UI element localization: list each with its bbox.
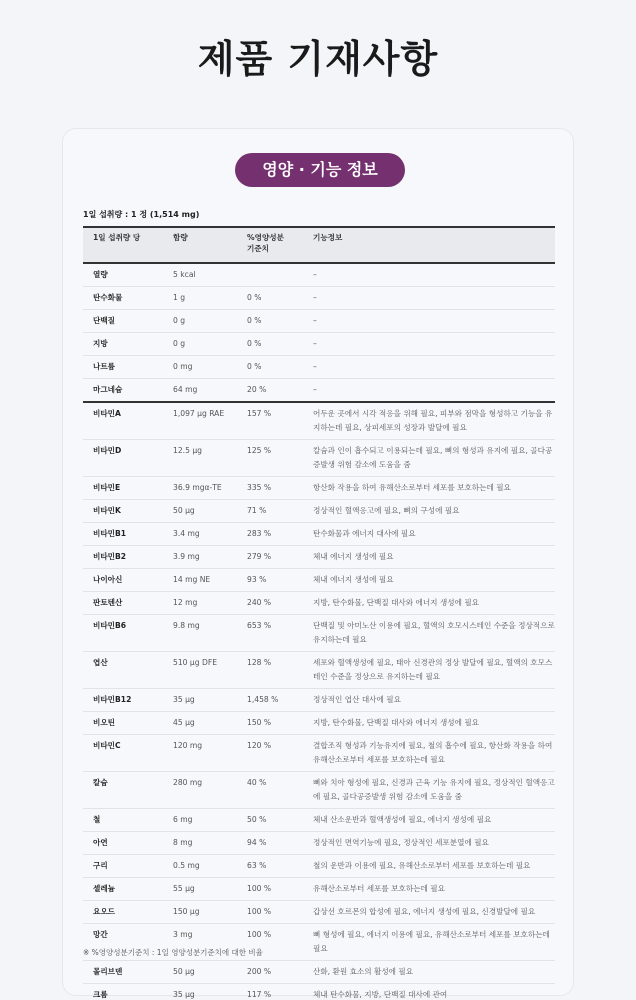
nutrient-daily-value: 335 % [237, 477, 303, 500]
page-title: 제품 기재사항 [0, 28, 636, 83]
nutrient-function-info: 정상적인 면역기능에 필요, 정상적인 세포분열에 필요 [303, 832, 555, 855]
nutrient-amount: 0 g [163, 333, 237, 356]
nutrient-function-info: 정상적인 엽산 대사에 필요 [303, 689, 555, 712]
nutrient-daily-value: 0 % [237, 287, 303, 310]
nutrient-function-info: 결합조직 형성과 기능유지에 필요, 철의 흡수에 필요, 항산화 작용을 하여… [303, 735, 555, 772]
nutrient-name: 비타민C [83, 735, 163, 772]
nutrient-amount: 12 mg [163, 592, 237, 615]
nutrition-table: 1일 섭취량 당 함량 %영양성분 기준치 기능정보 열량5 kcal–탄수화물… [83, 226, 555, 1000]
nutrient-daily-value: 150 % [237, 712, 303, 735]
nutrient-name: 비타민A [83, 402, 163, 440]
nutrient-name: 아연 [83, 832, 163, 855]
table-row: 비타민B13.4 mg283 %탄수화물과 에너지 대사에 필요 [83, 523, 555, 546]
nutrient-daily-value: 200 % [237, 961, 303, 984]
nutrient-function-info: 체내 에너지 생성에 필요 [303, 569, 555, 592]
nutrient-function-info: 체내 탄수화물, 지방, 단백질 대사에 관여 [303, 984, 555, 1000]
table-row: 열량5 kcal– [83, 263, 555, 287]
nutrient-function-info: 체내 에너지 생성에 필요 [303, 546, 555, 569]
nutrient-amount: 50 μg [163, 500, 237, 523]
nutrient-name: 나트륨 [83, 356, 163, 379]
nutrient-name: 칼슘 [83, 772, 163, 809]
nutrient-amount: 120 mg [163, 735, 237, 772]
nutrient-function-info: 단백질 및 아미노산 이용에 필요, 혈액의 호모시스테인 수준을 정상적으로 … [303, 615, 555, 652]
nutrient-daily-value: 0 % [237, 310, 303, 333]
nutrient-daily-value: 100 % [237, 901, 303, 924]
table-row: 단백질0 g0 %– [83, 310, 555, 333]
table-row: 칼슘280 mg40 %뼈와 치아 형성에 필요, 신경과 근육 기능 유지에 … [83, 772, 555, 809]
header-per-serving: 1일 섭취량 당 [83, 227, 163, 263]
nutrient-function-info: 철의 운반과 이용에 필요, 유해산소로부터 세포를 보호하는데 필요 [303, 855, 555, 878]
nutrient-daily-value: 283 % [237, 523, 303, 546]
nutrient-function-info: – [303, 333, 555, 356]
nutrient-function-info: 지방, 탄수화물, 단백질 대사와 에너지 생성에 필요 [303, 592, 555, 615]
table-row: 비타민E36.9 mgα-TE335 %항산화 작용을 하여 유해산소로부터 세… [83, 477, 555, 500]
nutrient-function-info: 뼈와 치아 형성에 필요, 신경과 근육 기능 유지에 필요, 정상적인 혈액응… [303, 772, 555, 809]
nutrient-name: 지방 [83, 333, 163, 356]
nutrient-daily-value: 653 % [237, 615, 303, 652]
table-row: 셀레늄55 μg100 %유해산소로부터 세포를 보호하는데 필요 [83, 878, 555, 901]
nutrient-name: 엽산 [83, 652, 163, 689]
table-row: 나트륨0 mg0 %– [83, 356, 555, 379]
nutrient-name: 셀레늄 [83, 878, 163, 901]
nutrient-amount: 5 kcal [163, 263, 237, 287]
nutrient-name: 구리 [83, 855, 163, 878]
header-amount: 함량 [163, 227, 237, 263]
nutrient-daily-value: 125 % [237, 440, 303, 477]
nutrient-amount: 36.9 mgα-TE [163, 477, 237, 500]
nutrient-amount: 1 g [163, 287, 237, 310]
nutrient-name: 철 [83, 809, 163, 832]
nutrient-name: 요오드 [83, 901, 163, 924]
nutrient-amount: 14 mg NE [163, 569, 237, 592]
nutrient-function-info: 탄수화물과 에너지 대사에 필요 [303, 523, 555, 546]
nutrient-name: 마그네슘 [83, 379, 163, 403]
table-row: 비타민A1,097 μg RAE157 %어두운 곳에서 시각 적응을 위해 필… [83, 402, 555, 440]
nutrient-amount: 1,097 μg RAE [163, 402, 237, 440]
nutrient-daily-value: 0 % [237, 333, 303, 356]
table-row: 몰리브덴50 μg200 %산화, 환원 효소의 활성에 필요 [83, 961, 555, 984]
nutrient-name: 비오틴 [83, 712, 163, 735]
nutrient-daily-value: 157 % [237, 402, 303, 440]
nutrient-amount: 8 mg [163, 832, 237, 855]
header-function-info: 기능정보 [303, 227, 555, 263]
nutrient-amount: 150 μg [163, 901, 237, 924]
nutrient-name: 비타민B6 [83, 615, 163, 652]
nutrient-name: 탄수화물 [83, 287, 163, 310]
nutrient-function-info: – [303, 379, 555, 403]
nutrient-daily-value: 93 % [237, 569, 303, 592]
nutrient-function-info: – [303, 356, 555, 379]
nutrient-amount: 510 μg DFE [163, 652, 237, 689]
nutrient-amount: 3.9 mg [163, 546, 237, 569]
table-row: 지방0 g0 %– [83, 333, 555, 356]
nutrient-function-info: 체내 산소운반과 혈액생성에 필요, 에너지 생성에 필요 [303, 809, 555, 832]
nutrient-daily-value: 1,458 % [237, 689, 303, 712]
nutrient-amount: 6 mg [163, 809, 237, 832]
nutrient-amount: 0 mg [163, 356, 237, 379]
nutrient-amount: 0 g [163, 310, 237, 333]
nutrient-function-info: 어두운 곳에서 시각 적응을 위해 필요, 피부와 점막을 형성하고 기능을 유… [303, 402, 555, 440]
table-row: 판토텐산12 mg240 %지방, 탄수화물, 단백질 대사와 에너지 생성에 … [83, 592, 555, 615]
nutrient-daily-value: 117 % [237, 984, 303, 1000]
table-header-row: 1일 섭취량 당 함량 %영양성분 기준치 기능정보 [83, 227, 555, 263]
nutrient-amount: 12.5 μg [163, 440, 237, 477]
nutrient-function-info: 갑상선 호르몬의 합성에 필요, 에너지 생성에 필요, 신경발달에 필요 [303, 901, 555, 924]
table-row: 탄수화물1 g0 %– [83, 287, 555, 310]
nutrient-function-info: 칼슘과 인이 흡수되고 이용되는데 필요, 뼈의 형성과 유지에 필요, 골다공… [303, 440, 555, 477]
nutrient-name: 비타민D [83, 440, 163, 477]
nutrient-name: 나이아신 [83, 569, 163, 592]
table-row: 비타민C120 mg120 %결합조직 형성과 기능유지에 필요, 철의 흡수에… [83, 735, 555, 772]
nutrient-amount: 55 μg [163, 878, 237, 901]
nutrient-daily-value: 94 % [237, 832, 303, 855]
nutrient-daily-value [237, 263, 303, 287]
nutrient-function-info: – [303, 310, 555, 333]
table-row: 비타민K50 μg71 %정상적인 혈액응고에 필요, 뼈의 구성에 필요 [83, 500, 555, 523]
nutrient-daily-value: 50 % [237, 809, 303, 832]
nutrient-daily-value: 120 % [237, 735, 303, 772]
nutrient-function-info: 세포와 혈액생성에 필요, 태아 신경관의 정상 발달에 필요, 혈액의 호모스… [303, 652, 555, 689]
nutrient-name: 판토텐산 [83, 592, 163, 615]
table-row: 요오드150 μg100 %갑상선 호르몬의 합성에 필요, 에너지 생성에 필… [83, 901, 555, 924]
nutrient-name: 열량 [83, 263, 163, 287]
table-row: 나이아신14 mg NE93 %체내 에너지 생성에 필요 [83, 569, 555, 592]
table-row: 아연8 mg94 %정상적인 면역기능에 필요, 정상적인 세포분열에 필요 [83, 832, 555, 855]
nutrient-daily-value: 20 % [237, 379, 303, 403]
nutrient-name: 단백질 [83, 310, 163, 333]
nutrient-daily-value: 240 % [237, 592, 303, 615]
table-row: 철6 mg50 %체내 산소운반과 혈액생성에 필요, 에너지 생성에 필요 [83, 809, 555, 832]
nutrient-name: 비타민B1 [83, 523, 163, 546]
nutrient-function-info: – [303, 263, 555, 287]
serving-size: 1일 섭취량 : 1 정 (1,514 mg) [83, 209, 199, 220]
nutrient-daily-value: 63 % [237, 855, 303, 878]
header-daily-value: %영양성분 기준치 [237, 227, 303, 263]
nutrient-daily-value: 0 % [237, 356, 303, 379]
nutrient-function-info: 유해산소로부터 세포를 보호하는데 필요 [303, 878, 555, 901]
table-row: 마그네슘64 mg20 %– [83, 379, 555, 403]
nutrient-name: 비타민B2 [83, 546, 163, 569]
table-row: 엽산510 μg DFE128 %세포와 혈액생성에 필요, 태아 신경관의 정… [83, 652, 555, 689]
section-badge: 영양 · 기능 정보 [235, 153, 405, 187]
table-row: 비타민B23.9 mg279 %체내 에너지 생성에 필요 [83, 546, 555, 569]
table-row: 크롬35 μg117 %체내 탄수화물, 지방, 단백질 대사에 관여 [83, 984, 555, 1000]
table-row: 비타민D12.5 μg125 %칼슘과 인이 흡수되고 이용되는데 필요, 뼈의… [83, 440, 555, 477]
nutrient-function-info: 산화, 환원 효소의 활성에 필요 [303, 961, 555, 984]
nutrition-card: 영양 · 기능 정보 1일 섭취량 : 1 정 (1,514 mg) 1일 섭취… [62, 128, 574, 996]
nutrient-amount: 9.8 mg [163, 615, 237, 652]
footnote: ※ %영양성분기준치 : 1일 영양성분기준치에 대한 비율 [83, 947, 263, 958]
nutrient-amount: 50 μg [163, 961, 237, 984]
nutrient-amount: 280 mg [163, 772, 237, 809]
table-row: 비타민B69.8 mg653 %단백질 및 아미노산 이용에 필요, 혈액의 호… [83, 615, 555, 652]
nutrient-function-info: 지방, 탄수화물, 단백질 대사와 에너지 생성에 필요 [303, 712, 555, 735]
nutrient-daily-value: 40 % [237, 772, 303, 809]
nutrient-name: 크롬 [83, 984, 163, 1000]
nutrient-name: 비타민K [83, 500, 163, 523]
table-row: 비오틴45 μg150 %지방, 탄수화물, 단백질 대사와 에너지 생성에 필… [83, 712, 555, 735]
nutrient-function-info: 항산화 작용을 하여 유해산소로부터 세포를 보호하는데 필요 [303, 477, 555, 500]
nutrient-daily-value: 279 % [237, 546, 303, 569]
nutrient-function-info: – [303, 287, 555, 310]
table-row: 비타민B1235 μg1,458 %정상적인 엽산 대사에 필요 [83, 689, 555, 712]
nutrient-amount: 64 mg [163, 379, 237, 403]
table-row: 구리0.5 mg63 %철의 운반과 이용에 필요, 유해산소로부터 세포를 보… [83, 855, 555, 878]
nutrient-amount: 3.4 mg [163, 523, 237, 546]
nutrient-amount: 45 μg [163, 712, 237, 735]
nutrient-name: 비타민B12 [83, 689, 163, 712]
nutrient-daily-value: 100 % [237, 878, 303, 901]
nutrient-daily-value: 128 % [237, 652, 303, 689]
nutrient-amount: 0.5 mg [163, 855, 237, 878]
nutrient-amount: 35 μg [163, 984, 237, 1000]
nutrient-function-info: 뼈 형성에 필요, 에너지 이용에 필요, 유해산소로부터 세포를 보호하는데 … [303, 924, 555, 961]
nutrient-daily-value: 71 % [237, 500, 303, 523]
nutrient-function-info: 정상적인 혈액응고에 필요, 뼈의 구성에 필요 [303, 500, 555, 523]
nutrient-amount: 35 μg [163, 689, 237, 712]
nutrient-name: 비타민E [83, 477, 163, 500]
nutrient-name: 몰리브덴 [83, 961, 163, 984]
